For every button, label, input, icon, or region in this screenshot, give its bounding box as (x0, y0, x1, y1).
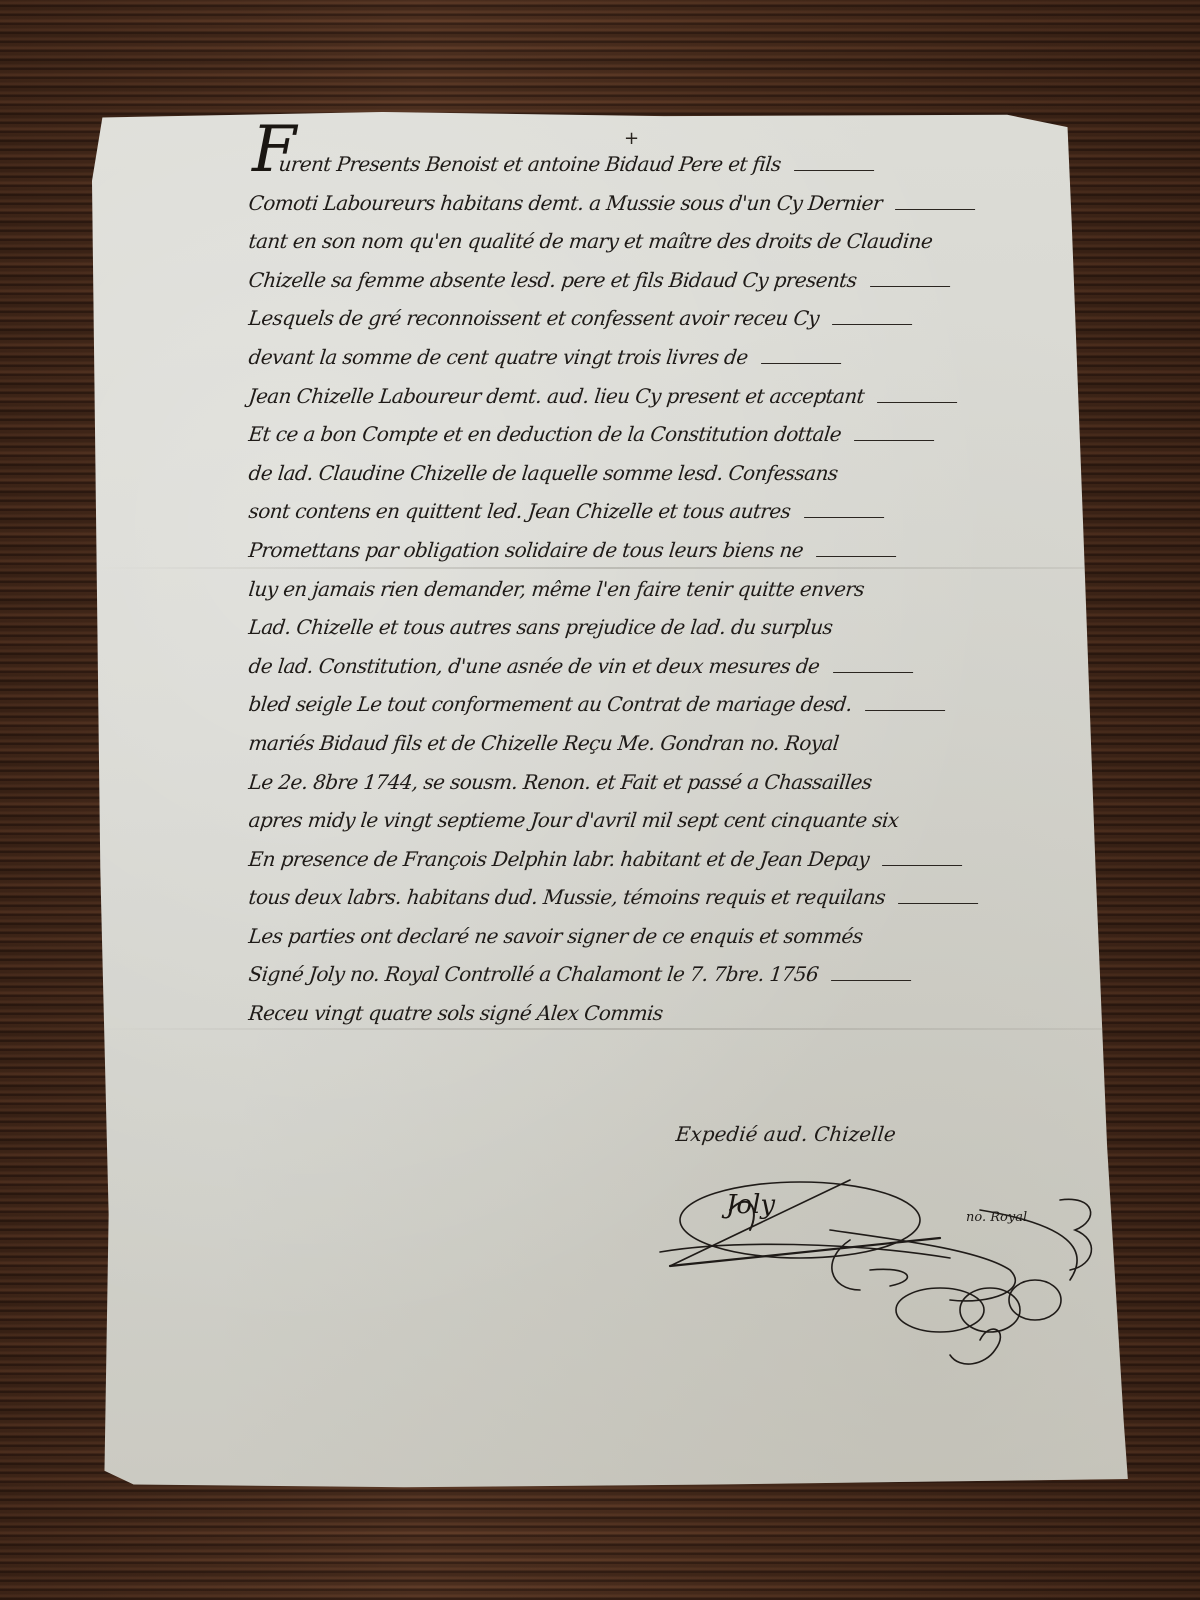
line-filler-dash (833, 672, 913, 673)
text-line: devant la somme de cent quatre vingt tro… (246, 345, 1080, 384)
signature-name: Joly (726, 1190, 775, 1220)
text-line: Et ce a bon Compte et en deduction de la… (246, 422, 1080, 461)
line-filler-dash (832, 324, 912, 325)
line-filler-dash (895, 209, 975, 210)
line-filler-dash (882, 865, 962, 866)
line-filler-dash (816, 556, 896, 557)
line-filler-dash (794, 170, 874, 171)
text-line: Signé Joly no. Royal Controllé a Chalamo… (246, 962, 1080, 1001)
text-line: Le 2e. 8bre 1744, se sousm. Renon. et Fa… (246, 770, 1080, 809)
text-line: urent Presents Benoist et antoine Bidaud… (246, 152, 1080, 191)
signature-flourish-icon (650, 1170, 1110, 1380)
line-filler-dash (854, 440, 934, 441)
expedition-note: Expedié aud. Chizelle (675, 1122, 897, 1146)
text-line: sont contens en quittent led. Jean Chize… (246, 499, 1080, 538)
manuscript-text: urent Presents Benoist et antoine Bidaud… (248, 152, 1078, 1040)
text-line: tant en son nom qu'en qualité de mary et… (246, 229, 1080, 268)
text-line: de lad. Constitution, d'une asnée de vin… (246, 654, 1080, 693)
text-line: bled seigle Le tout conformement au Cont… (246, 692, 1080, 731)
text-line: Receu vingt quatre sols signé Alex Commi… (246, 1001, 1080, 1040)
text-line: Comoti Laboureurs habitans demt. a Mussi… (246, 191, 1080, 230)
text-line: apres midy le vingt septieme Jour d'avri… (246, 808, 1080, 847)
text-line: Jean Chizelle Laboureur demt. aud. lieu … (246, 384, 1080, 423)
line-filler-dash (831, 980, 911, 981)
text-line: Chizelle sa femme absente lesd. pere et … (246, 268, 1080, 307)
text-line: tous deux labrs. habitans dud. Mussie, t… (246, 885, 1080, 924)
signature-title: no. Royal (966, 1210, 1027, 1225)
text-line: de lad. Claudine Chizelle de laquelle so… (246, 461, 1080, 500)
text-line: Lad. Chizelle et tous autres sans prejud… (246, 615, 1080, 654)
text-line: Lesquels de gré reconnoissent et confess… (246, 306, 1080, 345)
text-line: Promettans par obligation solidaire de t… (246, 538, 1080, 577)
line-filler-dash (877, 402, 957, 403)
line-filler-dash (804, 517, 884, 518)
notary-signature: Joly no. Royal (650, 1170, 1110, 1380)
text-line: luy en jamais rien demander, même l'en f… (246, 577, 1080, 616)
line-filler-dash (870, 286, 950, 287)
line-filler-dash (898, 903, 978, 904)
line-filler-dash (761, 363, 841, 364)
text-line: En presence de François Delphin labr. ha… (246, 847, 1080, 886)
line-filler-dash (865, 710, 945, 711)
text-line: Les parties ont declaré ne savoir signer… (246, 924, 1080, 963)
cross-mark: + (624, 128, 639, 149)
text-line: mariés Bidaud fils et de Chizelle Reçu M… (246, 731, 1080, 770)
